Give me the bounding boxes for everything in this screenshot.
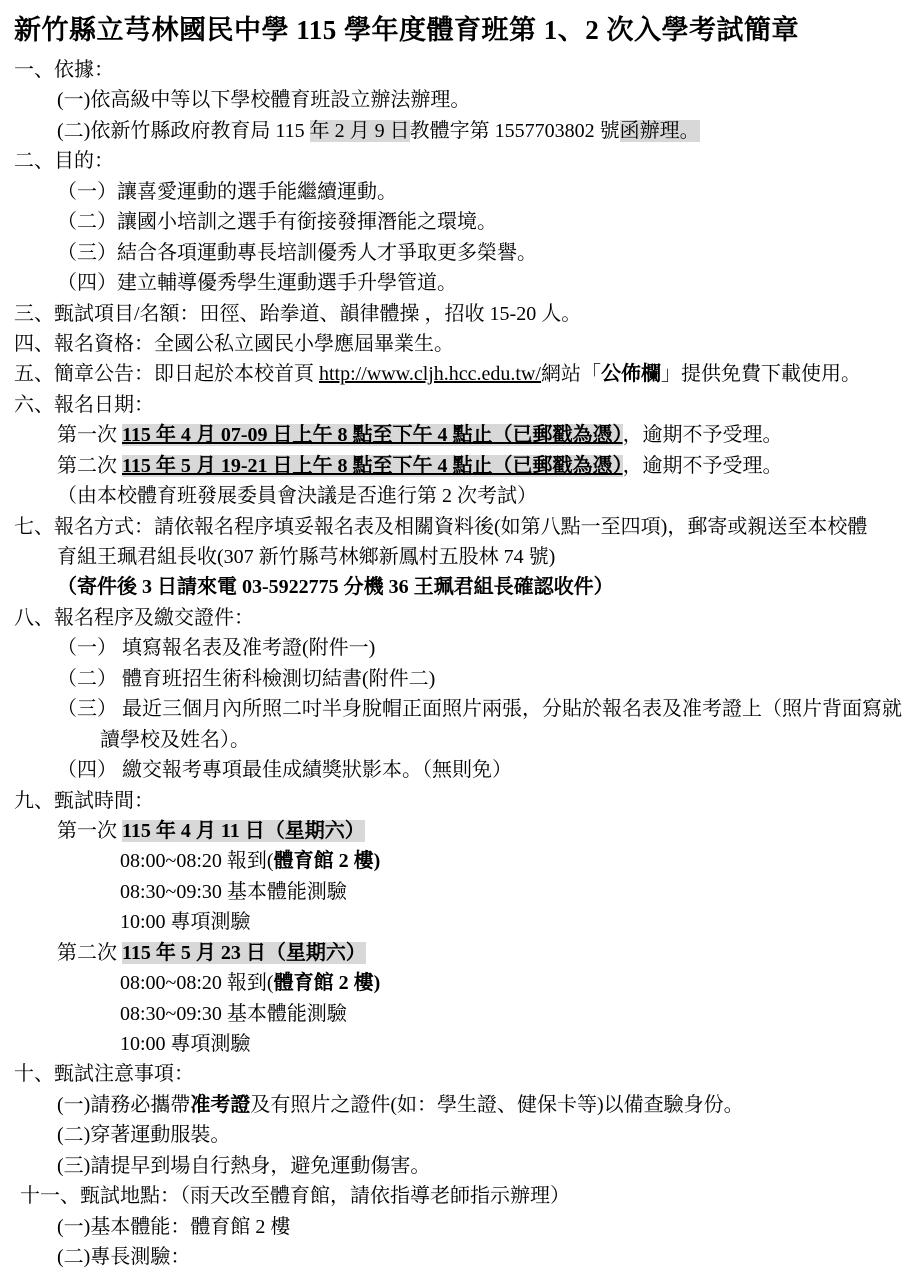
section-6-second-date: 第二次 115 年 5 月 19-21 日上午 8 點至下午 4 點止（已郵戳為… [14,451,894,481]
text-run: (一)基本體能：體育館 2 樓 [57,1216,290,1238]
text-run: 08:30~09:30 基本體能測驗 [120,1003,347,1025]
section-4-header: 四、報名資格：全國公私立國民小學應屆畢業生。 [14,329,894,359]
section-8-item-3-cont: 讀學校及姓名）。 [14,725,894,755]
section-9-first-schedule-1: 08:00~08:20 報到(體育館 2 樓) [14,846,894,876]
text-run: 九、甄試時間： [14,790,154,812]
text-run: 體育館 2 樓) [274,972,381,994]
text-run: 及有照片之證件(如：學生證、健保卡等)以備查驗身份。 [250,1094,743,1116]
section-3-header: 三、甄試項目/名額：田徑、跆拳道、韻律體操 ，招收 15-20 人。 [14,299,894,329]
text-run: 公佈欄 [601,363,661,385]
section-9-header: 九、甄試時間： [14,786,894,816]
text-run: 第一次 [57,424,122,446]
text-run: （一）讓喜愛運動的選手能繼續運動。 [57,181,397,203]
text-run: 115 年 5 月 23 日（星期六） [122,942,366,964]
text-run: 10:00 專項測驗 [120,911,251,933]
text-run: 第一次 [57,820,122,842]
text-run: (一)請務必攜帶 [57,1094,190,1116]
section-9-second-schedule-2: 08:30~09:30 基本體能測驗 [14,999,894,1029]
section-9-second-date: 第二次 115 年 5 月 23 日（星期六） [14,938,894,968]
text-run: 115 年 4 月 11 日（星期六） [122,820,365,842]
text-run: 08:00~08:20 報到( [120,850,274,872]
section-10-item-1: (一)請務必攜帶准考證及有照片之證件(如：學生證、健保卡等)以備查驗身份。 [14,1090,894,1120]
text-run: (二)穿著運動服裝。 [57,1124,230,1146]
section-7-address: 育組王珮君組長收(307 新竹縣芎林鄉新鳳村五股林 74 號) [14,542,894,572]
section-5-header: 五、簡章公告：即日起於本校首頁 http://www.cljh.hcc.edu.… [14,359,894,389]
text-run: 」提供免費下載使用。 [661,363,861,385]
text-run: 08:00~08:20 報到( [120,972,274,994]
section-11-item-1: (一)基本體能：體育館 2 樓 [14,1212,894,1242]
text-run: 年 2 月 9 日 [310,120,410,142]
text-run: （四） 繳交報考專項最佳成績獎狀影本。（無則免） [57,759,512,781]
section-11-header: 十一、甄試地點：（雨天改至體育館，請依指導老師指示辦理） [14,1181,894,1211]
text-run: （一） 填寫報名表及准考證(附件一) [57,637,375,659]
text-run: 讀學校及姓名）。 [100,729,250,751]
section-11-item-2: (二)專長測驗： [14,1242,894,1272]
section-9-second-schedule-1: 08:00~08:20 報到(體育館 2 樓) [14,968,894,998]
section-6-note: （由本校體育班發展委員會決議是否進行第 2 次考試） [14,481,894,511]
text-run: （三） 最近三個月內所照二吋半身脫帽正面照片兩張，分貼於報名表及准考證上（照片背… [57,698,902,720]
text-run: 第二次 [57,942,122,964]
section-2-item-1: （一）讓喜愛運動的選手能繼續運動。 [14,177,894,207]
text-run: 二、目的： [14,150,114,172]
section-2-item-3: （三）結合各項運動專長培訓優秀人才爭取更多榮譽。 [14,238,894,268]
text-run: (二)專長測驗： [57,1246,190,1268]
text-run: 網站「 [541,363,601,385]
text-run: 10:00 專項測驗 [120,1033,251,1055]
text-run: 115 年 4 月 07-09 日上午 8 點至下午 4 點止（已郵戳為憑） [122,424,623,446]
section-9-first-schedule-2: 08:30~09:30 基本體能測驗 [14,877,894,907]
text-run: 函辦理。 [620,120,700,142]
document-page: 新竹縣立芎林國民中學 115 學年度體育班第 1、2 次入學考試簡章 一、依據：… [0,0,908,1273]
section-8-item-2: （二） 體育班招生術科檢測切結書(附件二) [14,664,894,694]
section-7-header: 七、報名方式：請依報名程序填妥報名表及相關資料後(如第八點一至四項)，郵寄或親送… [14,512,894,542]
section-9-second-schedule-3: 10:00 專項測驗 [14,1029,894,1059]
section-1-item-2: (二)依新竹縣政府教育局 115 年 2 月 9 日教體字第 155770380… [14,116,894,146]
section-8-header: 八、報名程序及繳交證件： [14,603,894,633]
text-run: ，逾期不予受理。 [623,424,783,446]
section-1-header: 一、依據： [14,55,894,85]
text-run: 准考證 [190,1094,250,1116]
section-8-item-3: （三） 最近三個月內所照二吋半身脫帽正面照片兩張，分貼於報名表及准考證上（照片背… [14,694,894,724]
text-run: 育組王珮君組長收(307 新竹縣芎林鄉新鳳村五股林 74 號) [57,546,555,568]
text-run: 四、報名資格：全國公私立國民小學應屆畢業生。 [14,333,454,355]
section-2-item-4: （四）建立輔導優秀學生運動選手升學管道。 [14,268,894,298]
section-10-item-2: (二)穿著運動服裝。 [14,1120,894,1150]
text-run: （四）建立輔導優秀學生運動選手升學管道。 [57,272,457,294]
text-run: 教體字第 1557703802 號 [410,120,620,142]
text-run: 第二次 [57,455,122,477]
text-run: 體育館 2 樓) [274,850,381,872]
text-run: ，逾期不予受理。 [623,455,783,477]
section-1-item-1: (一)依高級中等以下學校體育班設立辦法辦理。 [14,85,894,115]
text-run: （二）讓國小培訓之選手有銜接發揮潛能之環境。 [57,211,497,233]
text-run: 八、報名程序及繳交證件： [14,607,254,629]
text-run: (一)依高級中等以下學校體育班設立辦法辦理。 [57,89,470,111]
section-6-header: 六、報名日期： [14,390,894,420]
section-6-first-date: 第一次 115 年 4 月 07-09 日上午 8 點至下午 4 點止（已郵戳為… [14,420,894,450]
text-run: 一、依據： [14,59,114,81]
section-7-phone-note: （寄件後 3 日請來電 03-5922775 分機 36 王珮君組長確認收件） [14,572,894,602]
text-run: （三）結合各項運動專長培訓優秀人才爭取更多榮譽。 [57,242,537,264]
text-run: （二） 體育班招生術科檢測切結書(附件二) [57,668,435,690]
text-run: 08:30~09:30 基本體能測驗 [120,881,347,903]
text-run: 六、報名日期： [14,394,154,416]
text-run: 十、甄試注意事項： [14,1063,194,1085]
text-run: 七、報名方式：請依報名程序填妥報名表及相關資料後(如第八點一至四項)，郵寄或親送… [14,516,867,538]
section-10-header: 十、甄試注意事項： [14,1059,894,1089]
text-run: 三、甄試項目/名額：田徑、跆拳道、韻律體操 ，招收 15-20 人。 [14,303,581,325]
document-body: 一、依據：(一)依高級中等以下學校體育班設立辦法辦理。(二)依新竹縣政府教育局 … [14,55,894,1273]
school-website-link[interactable]: http://www.cljh.hcc.edu.tw/ [319,363,541,385]
text-run: （由本校體育班發展委員會決議是否進行第 2 次考試） [57,485,537,507]
section-9-first-date: 第一次 115 年 4 月 11 日（星期六） [14,816,894,846]
section-10-item-3: (三)請提早到場自行熱身，避免運動傷害。 [14,1151,894,1181]
text-run: （寄件後 3 日請來電 03-5922775 分機 36 王珮君組長確認收件） [57,576,614,598]
section-8-item-4: （四） 繳交報考專項最佳成績獎狀影本。（無則免） [14,755,894,785]
text-run: (二)依新竹縣政府教育局 115 [57,120,310,142]
text-run: (三)請提早到場自行熱身，避免運動傷害。 [57,1155,430,1177]
section-9-first-schedule-3: 10:00 專項測驗 [14,907,894,937]
section-2-item-2: （二）讓國小培訓之選手有銜接發揮潛能之環境。 [14,207,894,237]
document-title: 新竹縣立芎林國民中學 115 學年度體育班第 1、2 次入學考試簡章 [14,10,894,50]
text-run: 五、簡章公告：即日起於本校首頁 [14,363,319,385]
text-run: 十一、甄試地點：（雨天改至體育館，請依指導老師指示辦理） [20,1185,570,1207]
section-2-header: 二、目的： [14,146,894,176]
section-8-item-1: （一） 填寫報名表及准考證(附件一) [14,633,894,663]
text-run: 115 年 5 月 19-21 日上午 8 點至下午 4 點止（已郵戳為憑） [122,455,623,477]
